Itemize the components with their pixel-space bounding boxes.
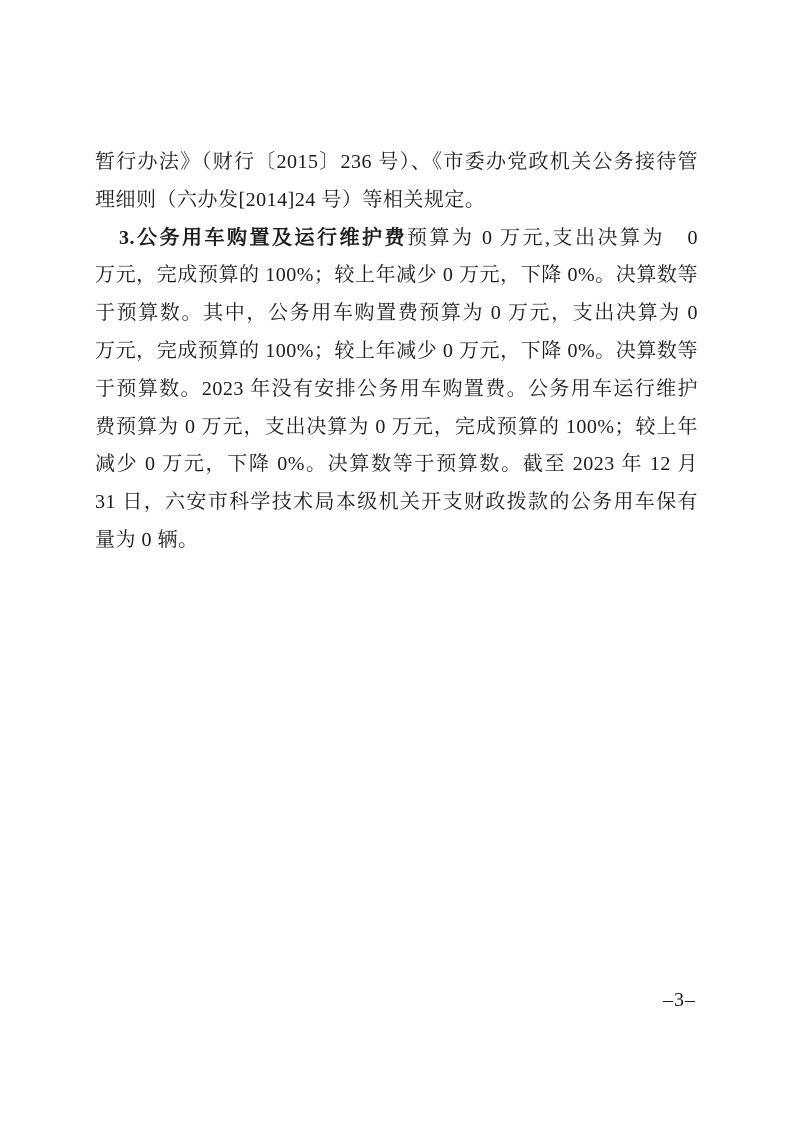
section-heading-rest: 预算为 0 万元,支出决算为 0	[407, 227, 698, 249]
section-heading-bold: 3.公务用车购置及运行维护费	[119, 227, 407, 249]
body-line: 减少 0 万元，下降 0%。决算数等于预算数。截至 2023 年 12 月	[95, 446, 698, 484]
page-number: –3–	[663, 988, 696, 1012]
body-line: 于预算数。2023 年没有安排公务用车购置费。公务用车运行维护	[95, 371, 698, 409]
body-line-heading: 3.公务用车购置及运行维护费预算为 0 万元,支出决算为 0	[95, 220, 698, 258]
body-line: 万元，完成预算的 100%；较上年减少 0 万元，下降 0%。决算数等	[95, 333, 698, 371]
body-line: 费预算为 0 万元，支出决算为 0 万元，完成预算的 100%；较上年	[95, 409, 698, 447]
document-body: 暂行办法》（财行〔2015〕236 号）、《市委办党政机关公务接待管 理细则（六…	[95, 144, 698, 560]
body-line: 万元，完成预算的 100%；较上年减少 0 万元，下降 0%。决算数等	[95, 257, 698, 295]
body-line-paragraph-end: 理细则（六办发[2014]24 号）等相关规定。	[95, 182, 698, 220]
body-line: 暂行办法》（财行〔2015〕236 号）、《市委办党政机关公务接待管	[95, 144, 698, 182]
body-line: 31 日，六安市科学技术局本级机关开支财政拨款的公务用车保有	[95, 484, 698, 522]
body-line: 于预算数。其中，公务用车购置费预算为 0 万元，支出决算为 0	[95, 295, 698, 333]
document-page: 暂行办法》（财行〔2015〕236 号）、《市委办党政机关公务接待管 理细则（六…	[0, 0, 793, 1122]
body-line-paragraph-end: 量为 0 辆。	[95, 522, 698, 560]
